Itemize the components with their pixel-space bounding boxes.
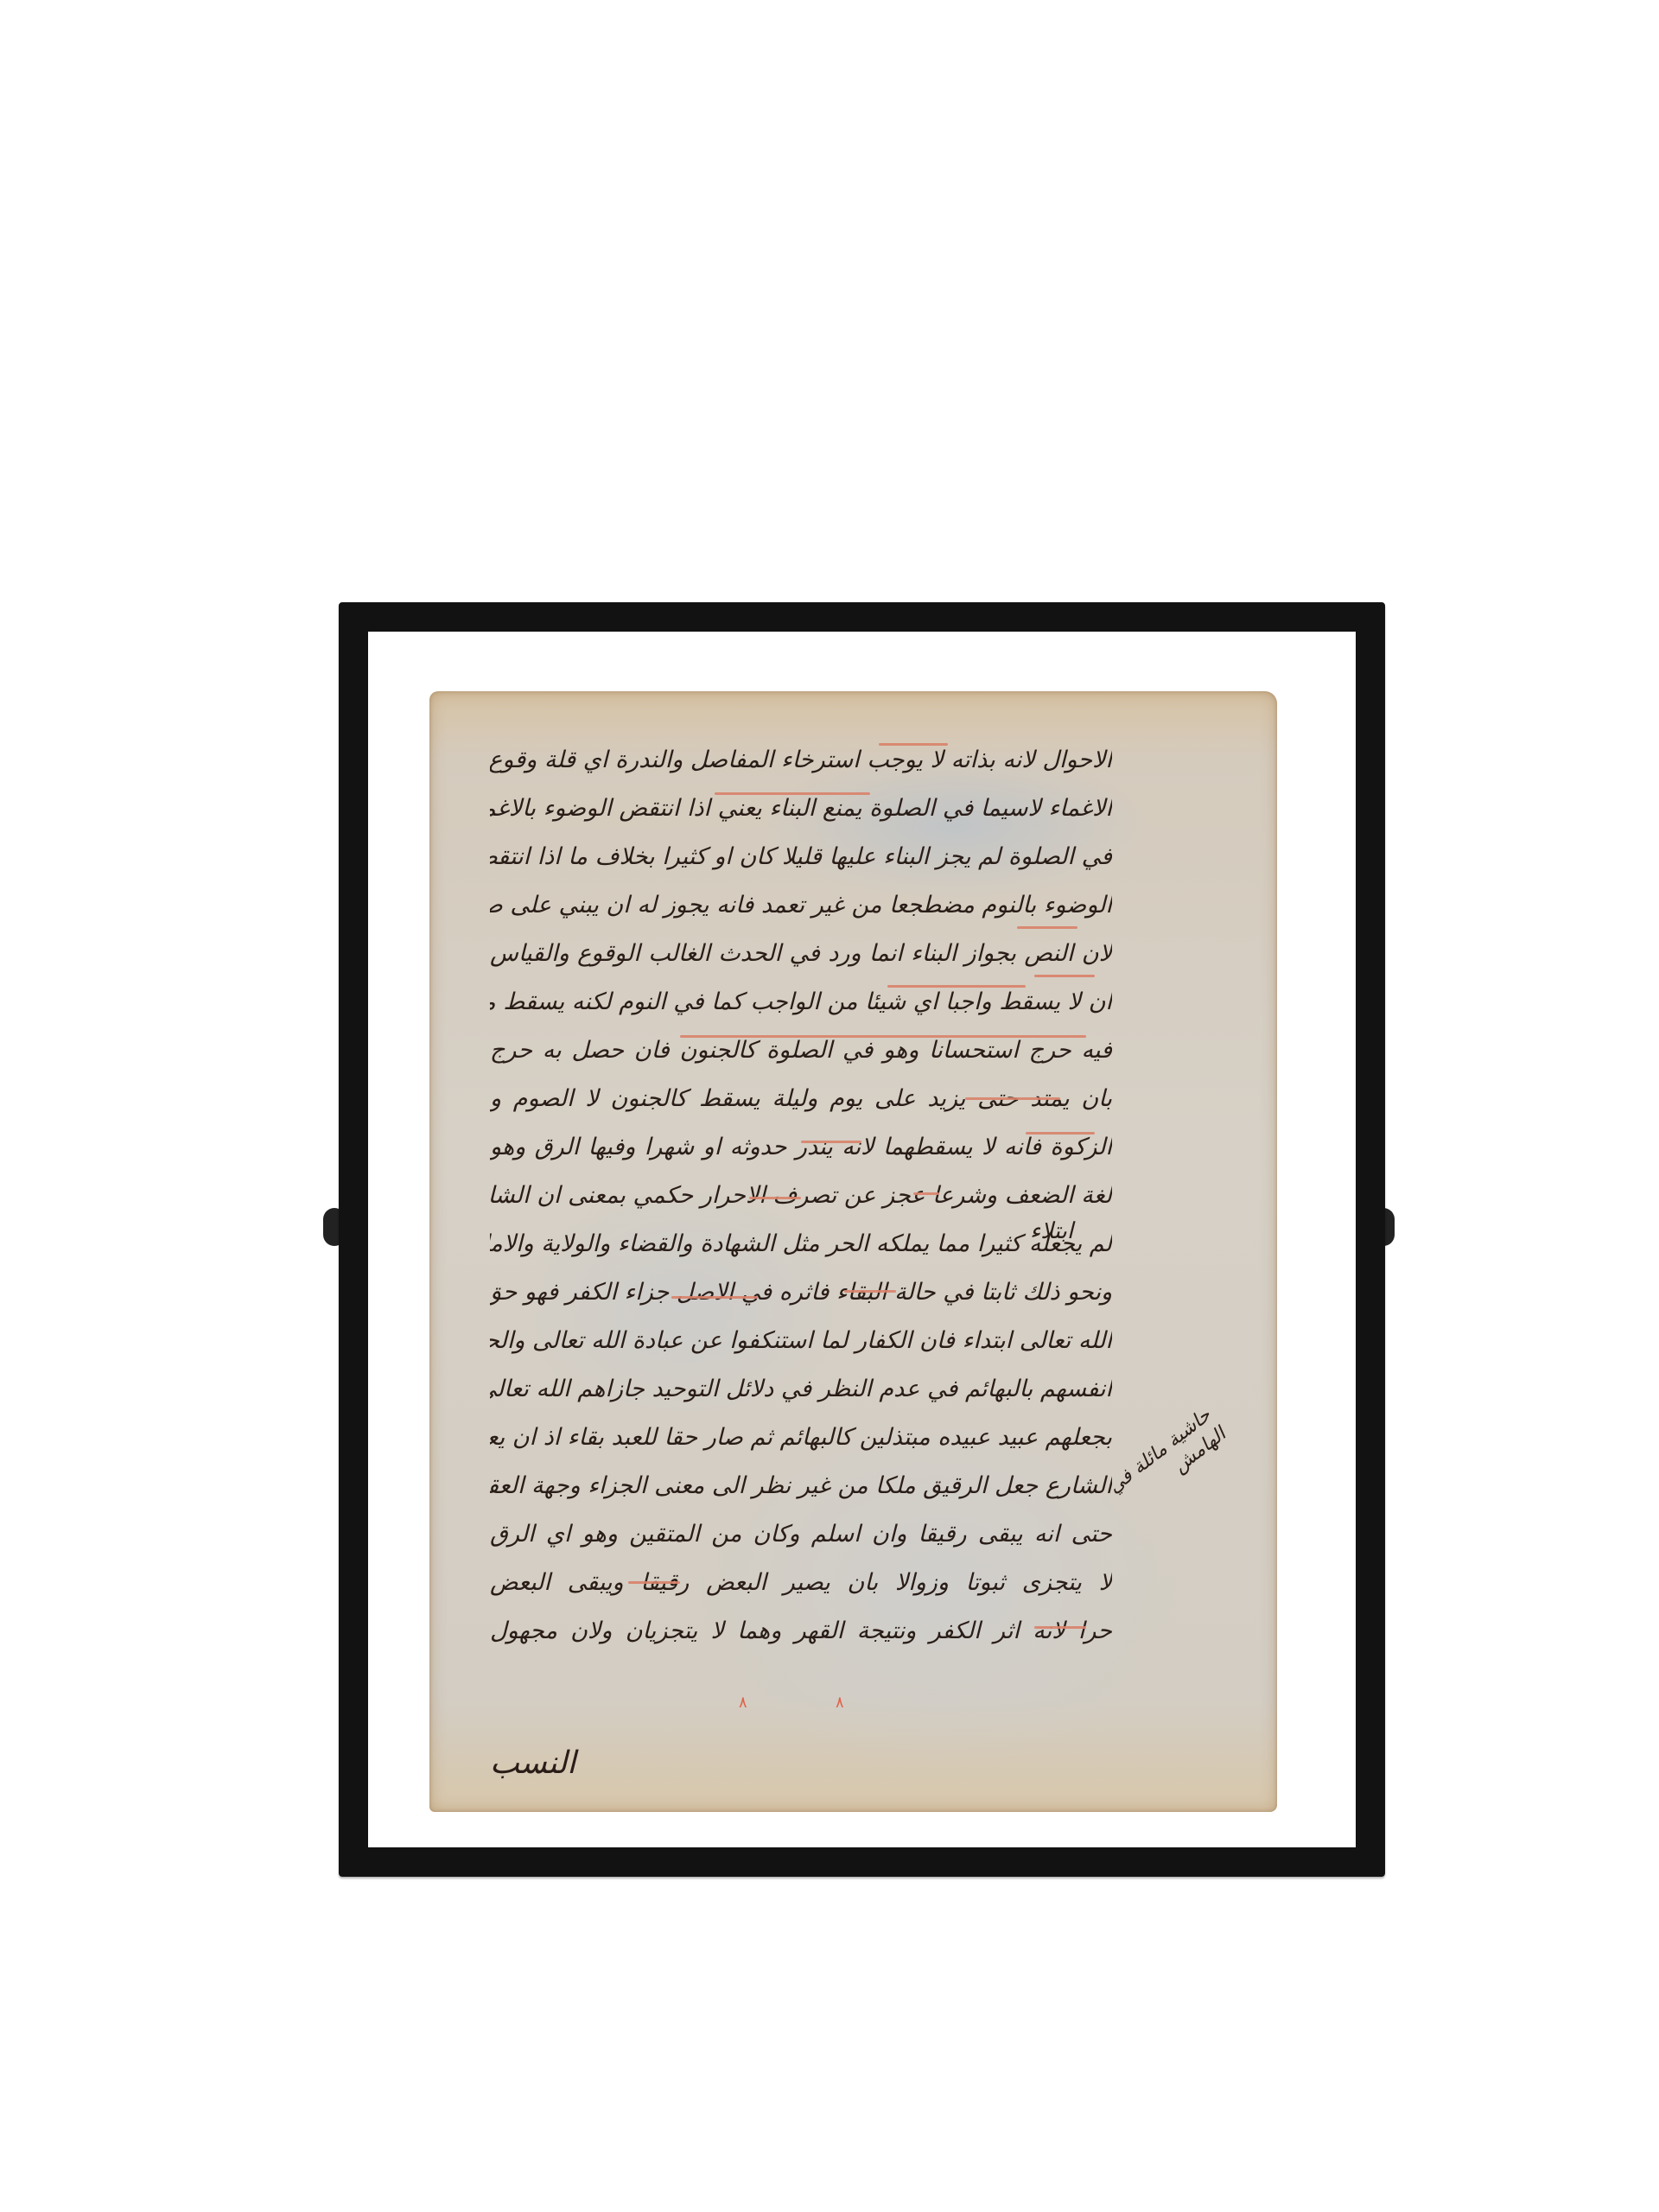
rubric-overline xyxy=(1034,975,1095,977)
rubric-overline xyxy=(844,1290,896,1293)
rubric-overline xyxy=(913,1192,939,1195)
photo-scene: الاحوال لانه بذاته لا يوجب استرخاء المفا… xyxy=(0,0,1659,2212)
text-line: الوضوء بالنوم مضطجعا من غير تعمد فانه يج… xyxy=(490,881,1112,930)
text-line: فيه حرج استحسانا وهو في الصلوة كالجنون ف… xyxy=(490,1027,1112,1075)
rubric-overline xyxy=(1026,1132,1095,1135)
rubric-overline xyxy=(1017,926,1077,929)
text-line: بجعلهم عبيد عبيده مبتذلين كالبهائم ثم صا… xyxy=(490,1414,1112,1462)
rubric-overline xyxy=(715,792,870,795)
rubric-overline xyxy=(879,743,948,746)
text-line: في الصلوة لم يجز البناء عليها قليلا كان … xyxy=(490,833,1112,881)
rubric-overline xyxy=(749,1197,801,1199)
rubric-overline xyxy=(887,985,1026,988)
rubric-overline xyxy=(1034,1626,1086,1629)
text-line: لان النص بجواز البناء انما ورد في الحدث … xyxy=(490,930,1112,978)
catchword: النسب xyxy=(490,1745,575,1781)
margin-note-right: ابتلاء xyxy=(1030,1218,1073,1244)
rubric-overline xyxy=(965,1097,1060,1100)
manuscript-page: الاحوال لانه بذاته لا يوجب استرخاء المفا… xyxy=(429,691,1277,1812)
text-line: انفسهم بالبهائم في عدم النظر في دلائل ال… xyxy=(490,1365,1112,1414)
manuscript-text-block: الاحوال لانه بذاته لا يوجب استرخاء المفا… xyxy=(490,736,1112,1656)
text-line: الشارع جعل الرقيق ملكا من غير نظر الى مع… xyxy=(490,1462,1112,1510)
text-line: لا يتجزى ثبوتا وزوالا بان يصير البعض رقي… xyxy=(490,1559,1112,1607)
red-mark: ٨ xyxy=(836,1694,844,1712)
rubric-overline xyxy=(801,1141,861,1143)
red-mark: ٨ xyxy=(739,1694,747,1712)
text-line: حتى انه يبقى رقيقا وان اسلم وكان من المت… xyxy=(490,1510,1112,1559)
rubric-overline xyxy=(628,1581,680,1584)
text-line: الاحوال لانه بذاته لا يوجب استرخاء المفا… xyxy=(490,736,1112,785)
text-line: الزكوة فانه لا يسقطهما لانه يندر حدوثه ا… xyxy=(490,1123,1112,1172)
text-line: ونحو ذلك ثابتا في حالة البقاء فاثره في ا… xyxy=(490,1268,1112,1317)
text-line: لغة الضعف وشرعا عجز عن تصرف الاحرار حكمي… xyxy=(490,1172,1112,1220)
text-line: الله تعالى ابتداء فان الكفار لما استنكفو… xyxy=(490,1317,1112,1365)
text-line: حرا لانه اثر الكفر ونتيجة القهر وهما لا … xyxy=(490,1607,1112,1656)
rubric-overline xyxy=(671,1296,758,1299)
rubric-overline xyxy=(680,1035,1086,1038)
text-line: لم يجعله كثيرا مما يملكه الحر مثل الشهاد… xyxy=(490,1220,1112,1268)
